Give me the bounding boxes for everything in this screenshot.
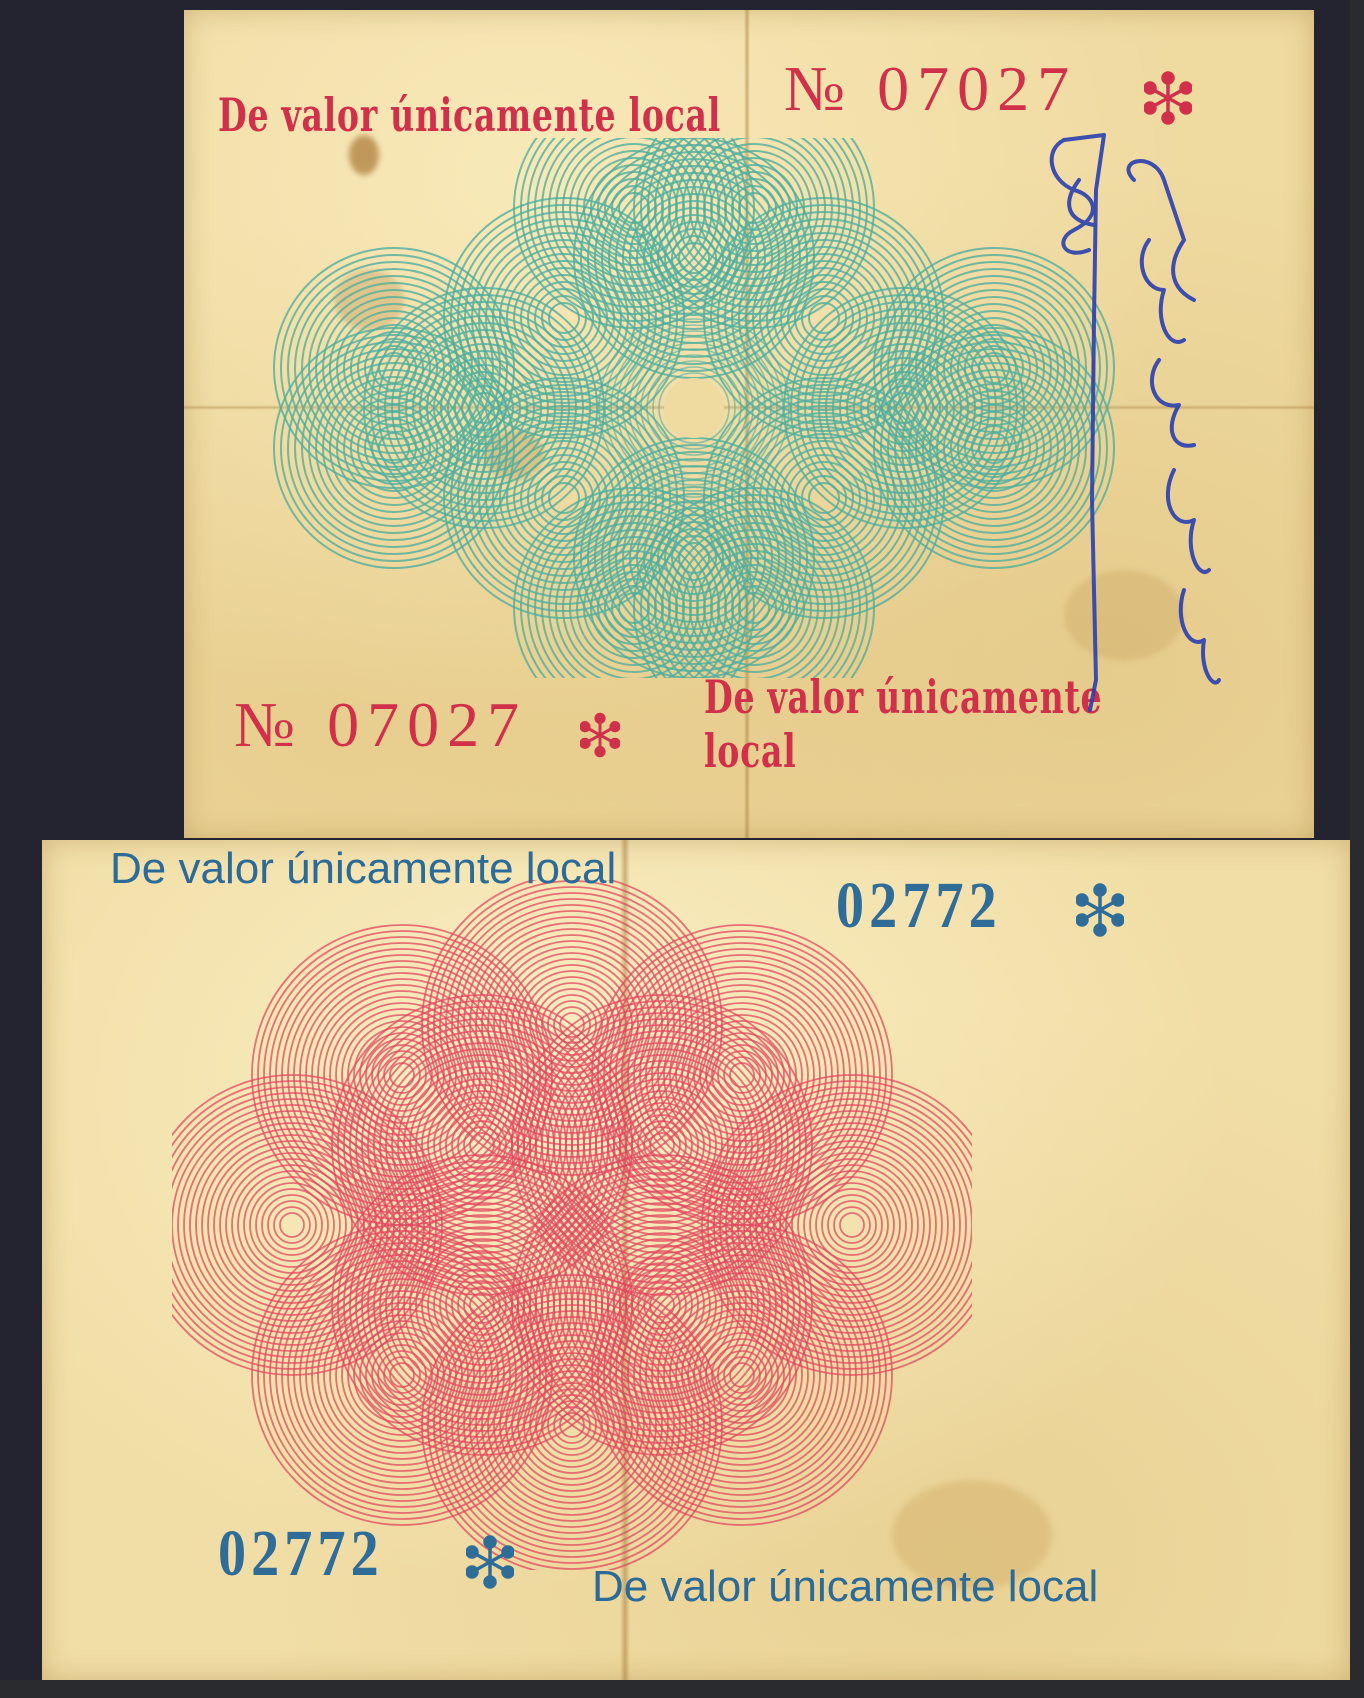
banknote-bottom: De valor únicamente local 02772 02772 De… [42,840,1350,1680]
guilloche-pattern-teal [254,138,1134,678]
banknote-top: De valor únicamente local № 07027 № 0702… [184,10,1314,838]
asterisk-ornament-icon [1076,882,1124,938]
legend-top: De valor únicamente local [110,844,616,894]
asterisk-ornament-icon [1144,70,1192,126]
serial-number-bottom: 02772 [218,1516,384,1592]
legend-bottom: De valor únicamente local [592,1562,1098,1612]
handwritten-signature [1034,120,1234,740]
guilloche-pattern-red [172,880,972,1570]
asterisk-ornament-icon [466,1534,514,1590]
serial-number-top: № 07027 [784,52,1077,126]
serial-number-bottom: № 07027 [234,688,527,762]
asterisk-ornament-icon [580,710,620,760]
serial-number-top: 02772 [836,868,1002,944]
legend-top: De valor únicamente local [218,88,721,142]
